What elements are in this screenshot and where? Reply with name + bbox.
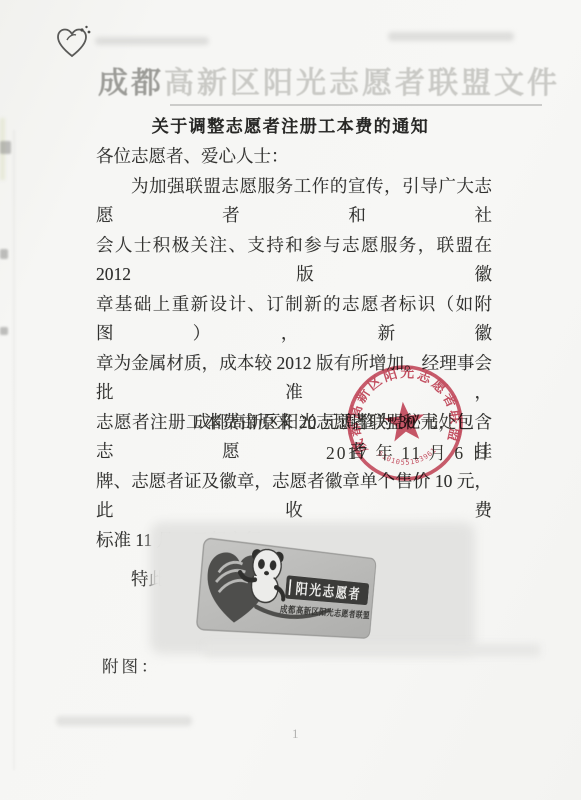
official-red-stamp: 成都高新区阳光志愿者联盟 5101055183961 xyxy=(339,357,471,489)
faint-letterhead-smudge xyxy=(95,37,209,45)
notice-title: 关于调整志愿者注册工本费的通知 xyxy=(0,112,581,137)
letterhead-rule xyxy=(170,104,542,106)
scan-edge-mark xyxy=(0,141,11,154)
body-line: 会人士积极关注、支持和参与志愿服务，联盟在 2012 版徽 xyxy=(96,231,492,290)
faint-footer-smudge xyxy=(56,716,192,726)
scanned-notice-document: { "letterhead": { "title_emphasis": "成都"… xyxy=(0,0,581,800)
faint-docnumber-smudge xyxy=(388,32,514,41)
letterhead-title: 成都高新区阳光志愿者联盟文件 xyxy=(98,58,558,102)
paper-fold-line xyxy=(13,130,15,770)
volunteer-badge-photo: 阳光志愿者 成都高新区阳光志愿者联盟 xyxy=(195,537,420,650)
svg-text:5101055183961: 5101055183961 xyxy=(376,444,439,470)
body-line: 章基础上重新设计、订制新的志愿者标识（如附图），新徽 xyxy=(96,290,492,349)
scan-edge-mark xyxy=(0,249,8,259)
letterhead-title-emphasis: 成都 xyxy=(98,67,164,100)
salutation: 各位志愿者、爱心人士： xyxy=(96,142,492,172)
red-star-icon xyxy=(383,400,427,443)
volunteer-badge: 阳光志愿者 成都高新区阳光志愿者联盟 xyxy=(195,537,377,640)
scan-edge-mark xyxy=(0,327,8,335)
stamp-serial: 5101055183961 xyxy=(376,444,439,470)
attachment-label: 附图： xyxy=(102,653,161,677)
page-number: 1 xyxy=(292,726,299,742)
heart-hand-logo-icon xyxy=(55,24,95,62)
letterhead-title-rest: 高新区阳光志愿者联盟文件 xyxy=(164,67,560,100)
body-line: 为加强联盟志愿服务工作的宣传，引导广大志愿者和社 xyxy=(96,172,492,231)
